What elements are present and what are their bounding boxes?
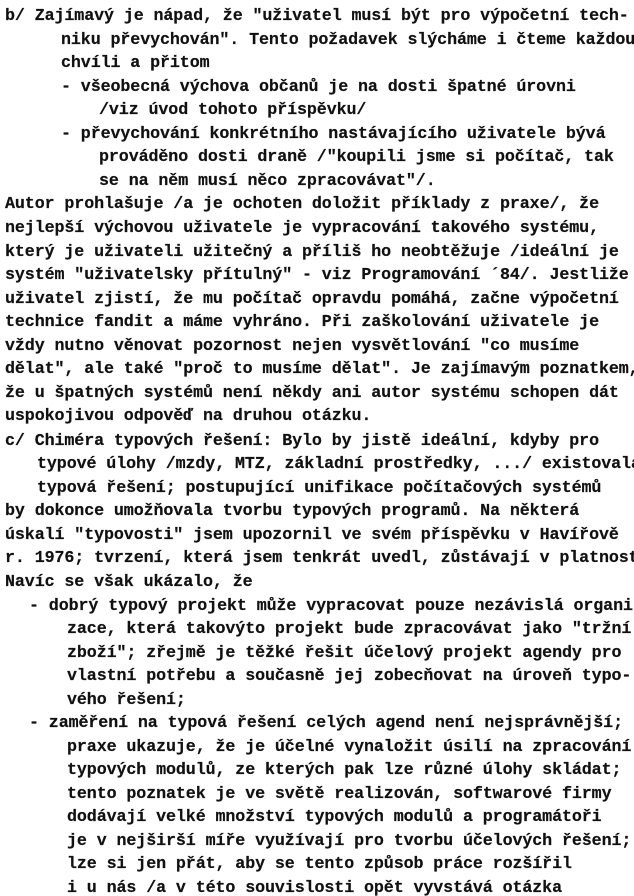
section-b-line: uživatel zjistí, že mu počítač opravdu p…	[5, 290, 619, 308]
section-c-line: zboží"; zřejmě je těžké řešit účelový pr…	[67, 644, 621, 662]
section-c-line: by dokonce umožňovala tvorbu typových pr…	[5, 502, 579, 520]
section-c-line: vého řešení;	[67, 691, 186, 709]
section-b-line: niku převychován". Tento požadavek slých…	[61, 31, 634, 49]
section-c-line: je v nejširší míře využívají pro tvorbu …	[67, 832, 631, 850]
section-c-line: úskalí "typovosti" jsem upozornil ve své…	[5, 526, 619, 544]
section-b-line: Autor prohlašuje /a je ochoten doložit p…	[5, 195, 599, 213]
section-c-line: zace, která takovýto projekt bude zpraco…	[67, 620, 631, 638]
section-b-line: který je uživateli užitečný a příliš ho …	[5, 243, 619, 261]
section-b-line: technice fandit a máme vyhráno. Při zašk…	[5, 313, 599, 331]
scanned-typewritten-page: b/ Zajímavý je nápad, že "uživatel musí …	[0, 0, 634, 896]
section-b-line: /viz úvod tohoto příspěvku/	[99, 101, 366, 119]
section-c-line: lze si jen přát, aby se tento způsob prá…	[67, 855, 572, 873]
section-b-line: b/ Zajímavý je nápad, že "uživatel musí …	[5, 7, 629, 25]
section-b-line: dělat", ale také "proč to musíme dělat".…	[5, 360, 634, 378]
section-b-line: systém "uživatelsky přítulný" - viz Prog…	[5, 266, 629, 284]
section-b-line: prováděno dosti draně /"koupili jsme si …	[99, 148, 614, 166]
section-b-line: - převychování konkrétního nastávajícího…	[61, 125, 605, 143]
section-c-line: dodávají velké množství typových modulů …	[67, 808, 602, 826]
section-c-line: Navíc se však ukázalo, že	[5, 573, 252, 591]
section-c-line: vlastní potřebu a současně jej zobecňova…	[67, 667, 631, 685]
section-b-line: chvíli a přitom	[61, 54, 210, 72]
section-c-line: i u nás /a v této souvislosti opět vyvst…	[67, 879, 562, 896]
section-c-line: praxe ukazuje, že je účelné vynaložit ús…	[67, 738, 631, 756]
section-c-line: - zaměření na typová řešení celých agend…	[29, 714, 623, 732]
section-c-line: c/ Chiméra typových řešení: Bylo by jist…	[5, 432, 599, 450]
section-c-line: typové úlohy /mzdy, MTZ, základní prostř…	[37, 455, 634, 473]
section-c-line: r. 1976; tvrzení, která jsem tenkrát uve…	[5, 549, 634, 567]
section-b-line: že u špatných systémů není někdy ani aut…	[5, 384, 619, 402]
section-b-line: - všeobecná výchova občanů je na dosti š…	[61, 78, 576, 96]
section-b-line: uspokojivou odpověď na druhou otázku.	[5, 407, 371, 425]
section-c-line: typová řešení; postupující unifikace poč…	[37, 479, 601, 497]
section-c-line: tento poznatek je ve světě realizován, s…	[67, 785, 611, 803]
section-b-line: vždy nutno věnovat pozornost nejen vysvě…	[5, 337, 579, 355]
section-b-line: nejlepší výchovou uživatele je vypracová…	[5, 219, 599, 237]
section-b-line: se na něm musí něco zpracovávat"/.	[99, 172, 436, 190]
section-c-line: typových modulů, ze kterých pak lze různ…	[67, 761, 621, 779]
section-c-line: - dobrý typový projekt může vypracovat p…	[29, 597, 634, 615]
